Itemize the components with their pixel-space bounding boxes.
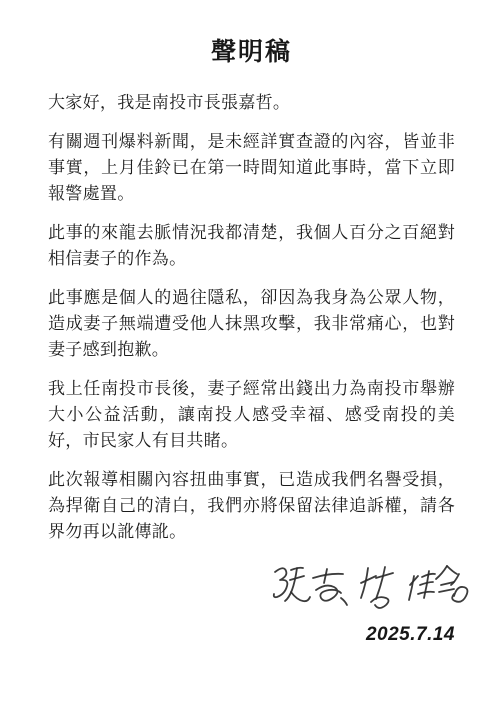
statement-page: 聲明稿 大家好，我是南投市長張嘉哲。 有關週刊爆料新聞，是未經詳實查證的內容，皆… (0, 0, 500, 707)
signature-handwriting-icon (261, 558, 471, 618)
statement-paragraph-5: 我上任南投市長後，妻子經常出錢出力為南投市舉辦大小公益活動，讓南投人感受幸福、感… (48, 376, 455, 454)
statement-paragraph-6: 此次報導相關內容扭曲事實，已造成我們名譽受損，為捍衛自己的清白，我們亦將保留法律… (48, 467, 455, 545)
signature-date: 2025.7.14 (48, 624, 455, 646)
signature-block (48, 558, 455, 618)
page-title: 聲明稿 (48, 38, 455, 68)
statement-paragraph-1: 大家好，我是南投市長張嘉哲。 (48, 90, 455, 116)
statement-body: 大家好，我是南投市長張嘉哲。 有關週刊爆料新聞，是未經詳實查證的內容，皆並非事實… (48, 90, 455, 545)
statement-paragraph-3: 此事的來龍去脈情況我都清楚，我個人百分之百絕對相信妻子的作為。 (48, 220, 455, 272)
statement-paragraph-2: 有關週刊爆料新聞，是未經詳實查證的內容，皆並非事實，上月佳鈴已在第一時間知道此事… (48, 129, 455, 207)
statement-paragraph-4: 此事應是個人的過往隱私，卻因為我身為公眾人物，造成妻子無端遭受他人抹黑攻擊，我非… (48, 285, 455, 363)
